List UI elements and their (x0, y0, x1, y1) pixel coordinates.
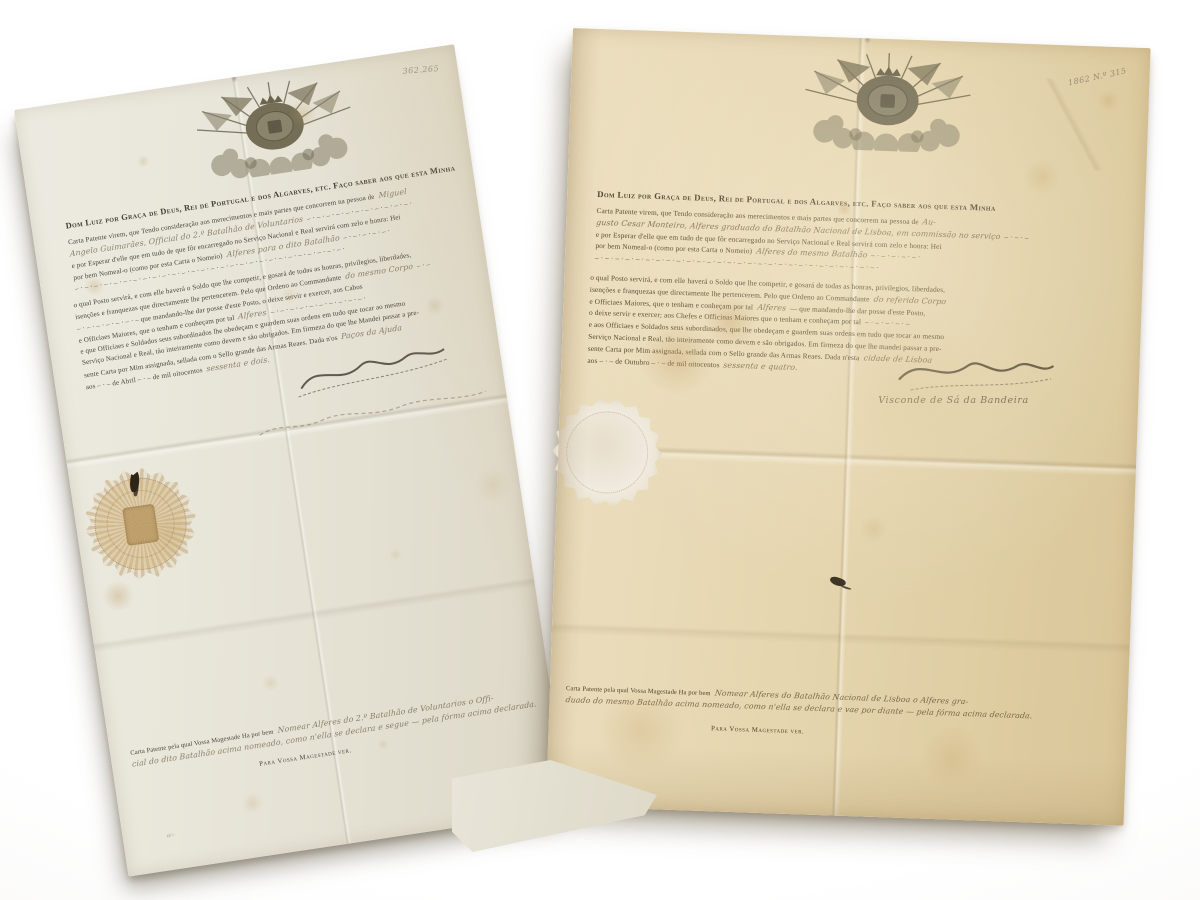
countersignature: Visconde de Sá da Bandeira (878, 395, 1118, 406)
royal-arms-trophy-engraving (182, 69, 369, 186)
document-right: 1862 N.º 315 Dom Luiz (546, 28, 1151, 826)
docket-line: cial do dito Batalhão acima nomeado, com… (131, 698, 543, 771)
wafer-seal (550, 396, 664, 510)
docket-footer: Para Vossa Magestade ver. (589, 721, 927, 740)
seal-relief (565, 410, 650, 495)
docket-block: Carta Patente pela qual Vossa Magestade … (130, 687, 544, 771)
archive-number-right: 1862 N.º 315 (1068, 66, 1128, 87)
photo-backdrop: 362.265 Dom Luiz por (0, 0, 1200, 900)
body-paragraph-1: Carta Patente virem, que Tendo considera… (595, 205, 1127, 282)
seal-arms-motif (122, 504, 159, 546)
ink-blot (829, 575, 847, 588)
corner-crease (996, 77, 1149, 172)
pencil-mark: a/– (167, 832, 175, 839)
document-left: 362.265 Dom Luiz por (14, 44, 569, 876)
royal-arms-trophy-engraving (791, 50, 984, 155)
archive-number-left: 362.265 (403, 64, 440, 76)
docket-block: Carta Patente pela qual Vossa Magestade … (565, 683, 1119, 725)
embossed-paper-seal (77, 460, 204, 587)
